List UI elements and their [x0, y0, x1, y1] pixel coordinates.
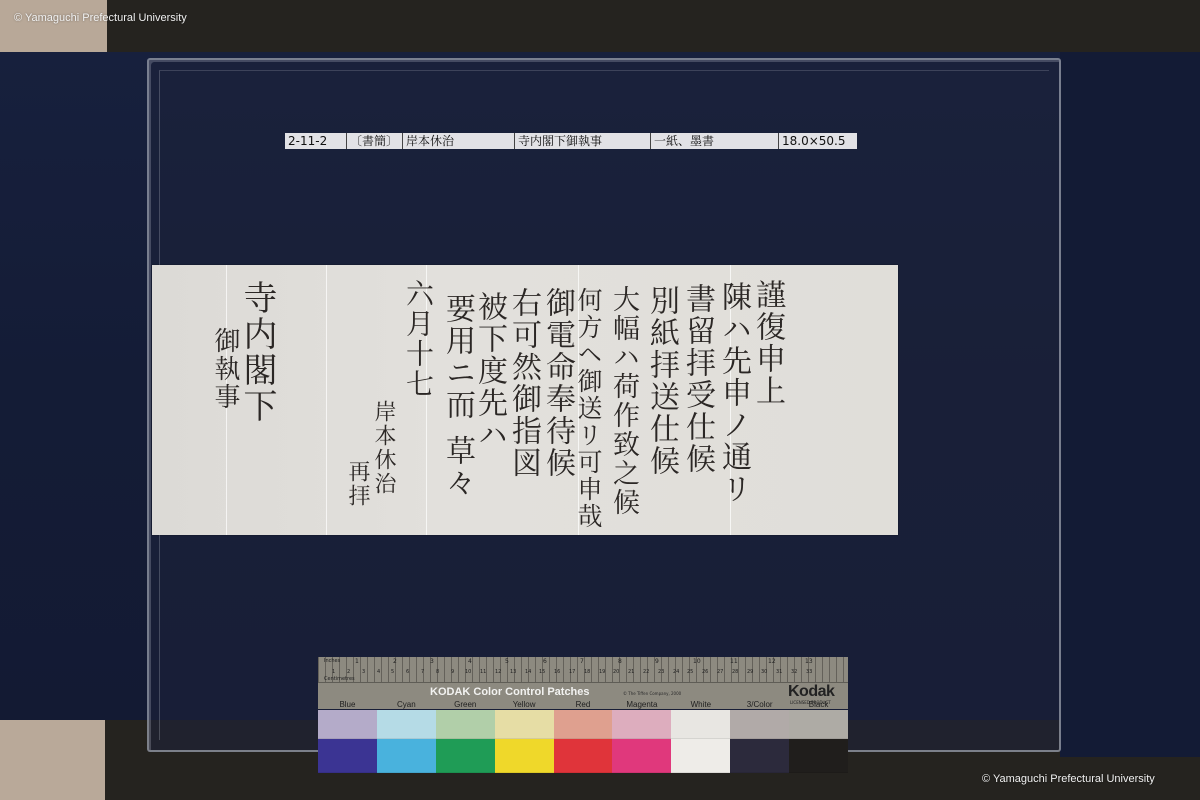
letter-column: 謹復申上	[752, 279, 782, 407]
color-patch-green-dark	[436, 739, 495, 773]
color-patch-red-light	[554, 710, 613, 739]
cm-tick: 4	[377, 669, 380, 675]
inch-tick: 7	[580, 658, 584, 665]
cm-tick: 28	[732, 669, 738, 675]
beige-board-bottom	[0, 720, 105, 800]
color-patch-white-light	[671, 710, 730, 739]
cm-tick: 30	[761, 669, 767, 675]
cm-tick: 5	[391, 669, 394, 675]
letter-column: 何方ヘ御送リ可申哉	[576, 287, 601, 530]
cm-tick: 11	[480, 669, 486, 675]
inch-tick: 9	[655, 658, 659, 665]
label-author: 岸本休治	[403, 133, 515, 149]
kodak-logo: Kodak	[788, 683, 834, 701]
cm-tick: 23	[658, 669, 664, 675]
letter-addressee-honorific: 御執事	[212, 327, 238, 411]
ruler-cm-label: Centimetres	[324, 676, 355, 682]
inch-tick: 8	[618, 658, 622, 665]
letter-column: 書留拝受仕候	[682, 283, 712, 475]
inch-tick: 3	[430, 658, 434, 665]
label-format: 一紙、墨書	[651, 133, 779, 149]
color-patch-yellow-light	[495, 710, 554, 739]
color-patch-red-dark	[554, 739, 613, 773]
cm-tick: 8	[436, 669, 439, 675]
inch-tick: 11	[730, 658, 738, 665]
color-patch-3color-dark	[730, 739, 789, 773]
cm-tick: 19	[599, 669, 605, 675]
cm-tick: 6	[406, 669, 409, 675]
cm-tick: 22	[643, 669, 649, 675]
color-patch-black-light	[789, 710, 848, 739]
cm-tick: 24	[673, 669, 679, 675]
color-patch-magenta-light	[612, 710, 671, 739]
kodak-title: KODAK Color Control Patches	[430, 686, 590, 698]
cm-tick: 9	[451, 669, 454, 675]
cm-tick: 10	[465, 669, 471, 675]
cm-tick: 12	[495, 669, 501, 675]
color-patches-grid	[318, 710, 848, 779]
fold-line	[326, 265, 327, 535]
inch-tick: 2	[393, 658, 397, 665]
measurement-ruler: Inches Centimetres 1 2 3 4 5 6 7 8 9 10 …	[318, 657, 848, 683]
cm-tick: 27	[717, 669, 723, 675]
beige-board-top	[0, 0, 107, 52]
letter-column: 草々	[442, 435, 472, 499]
color-patch-blue-light	[318, 710, 377, 739]
cm-tick: 32	[791, 669, 797, 675]
cm-tick: 33	[806, 669, 812, 675]
cm-tick: 20	[613, 669, 619, 675]
color-patch-yellow-dark	[495, 739, 554, 773]
letter-column: 陳ハ先申ノ通リ	[718, 281, 748, 505]
cm-tick: 14	[525, 669, 531, 675]
label-id: 2-11-2	[285, 133, 347, 149]
color-patch-blue-dark	[318, 739, 377, 773]
cm-tick: 26	[702, 669, 708, 675]
letter-addressee: 寺内閣下	[240, 280, 274, 424]
label-size: 18.0×50.5	[779, 133, 857, 149]
navy-cloth-right	[1060, 52, 1200, 757]
cm-tick: 21	[628, 669, 634, 675]
inch-tick: 6	[543, 658, 547, 665]
letter-column: 御電命奉待候	[542, 287, 572, 479]
letter-signature: 岸本休治	[372, 400, 394, 496]
kodak-copyright: © The Tiffen Company, 2000	[623, 691, 681, 696]
inch-tick: 4	[468, 658, 472, 665]
cm-tick: 7	[421, 669, 424, 675]
ruler-inches-label: Inches	[324, 658, 340, 664]
cm-tick: 31	[776, 669, 782, 675]
color-patch-cyan-dark	[377, 739, 436, 773]
cm-tick: 2	[347, 669, 350, 675]
inch-tick: 5	[505, 658, 509, 665]
cm-tick: 25	[687, 669, 693, 675]
cm-tick: 13	[510, 669, 516, 675]
copyright-watermark-bottom: © Yamaguchi Prefectural University	[982, 773, 1155, 785]
letter-column: 被下度先ハ	[474, 291, 504, 451]
cm-tick: 18	[584, 669, 590, 675]
label-recipient: 寺内閣下御執事	[515, 133, 651, 149]
cm-tick: 29	[747, 669, 753, 675]
kodak-color-target: Inches Centimetres 1 2 3 4 5 6 7 8 9 10 …	[318, 657, 848, 779]
inch-tick: 13	[805, 658, 813, 665]
cm-tick: 15	[539, 669, 545, 675]
color-patch-green-light	[436, 710, 495, 739]
letter-column: 右可然御指図	[508, 287, 538, 479]
inch-tick: 1	[355, 658, 359, 665]
color-patch-white-dark	[671, 739, 730, 773]
color-patch-magenta-dark	[612, 739, 671, 773]
letter-document: 謹復申上 陳ハ先申ノ通リ 書留拝受仕候 別紙拝送仕候 大幅ハ荷作致之候 何方ヘ御…	[152, 265, 898, 535]
letter-date: 六月十七	[404, 279, 432, 399]
color-patch-3color-light	[730, 710, 789, 739]
letter-column: 別紙拝送仕候	[646, 285, 676, 477]
letter-signature-bow: 再拝	[346, 460, 368, 508]
label-type: 〔書簡〕	[347, 133, 403, 149]
letter-column: 大幅ハ荷作致之候	[610, 285, 637, 517]
cm-tick: 1	[332, 669, 335, 675]
catalog-label: 2-11-2 〔書簡〕 岸本休治 寺内閣下御執事 一紙、墨書 18.0×50.5	[285, 133, 857, 149]
color-patch-cyan-light	[377, 710, 436, 739]
copyright-watermark-top: © Yamaguchi Prefectural University	[14, 12, 187, 24]
cm-tick: 3	[362, 669, 365, 675]
cm-tick: 17	[569, 669, 575, 675]
inch-tick: 12	[768, 658, 776, 665]
inch-tick: 10	[693, 658, 701, 665]
color-patch-black-dark	[789, 739, 848, 773]
cm-tick: 16	[554, 669, 560, 675]
letter-column: 要用ニ而	[442, 293, 472, 421]
